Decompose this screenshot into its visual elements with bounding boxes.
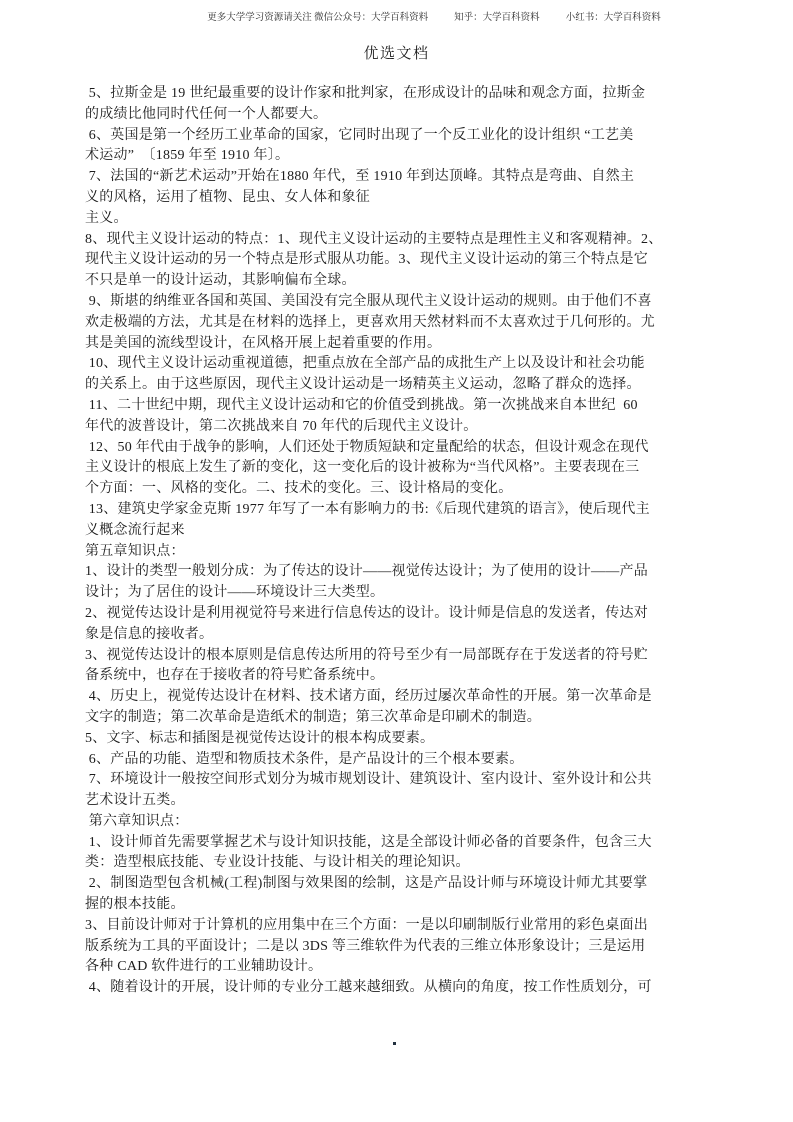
document-title: 优选文档 (0, 42, 793, 63)
text-line: 的成绩比他同时代任何一个人都要大。 (85, 105, 713, 126)
text-line: 7、环境设计一般按空间形式划分为城市规划设计、建筑设计、室内设计、室外设计和公共 (85, 770, 713, 791)
text-line: 6、英国是第一个经历工业革命的国家，它同时出现了一个反工业化的设计组织 “工艺美 (85, 126, 713, 147)
text-line: 第五章知识点： (85, 542, 713, 563)
text-line: 7、法国的“新艺术运动”开始在1880 年代，至 1910 年到达顶峰。其特点是… (85, 167, 713, 188)
text-line: 10、现代主义设计运动重视道德，把重点放在全部产品的成批生产上以及设计和社会功能 (85, 354, 713, 375)
text-line: 个方面：一、风格的变化。二、技术的变化。三、设计格局的变化。 (85, 479, 713, 500)
text-line: 1、设计师首先需要掌握艺术与设计知识技能，这是全部设计师必备的首要条件，包含三大 (85, 833, 713, 854)
page-header: 更多大学学习资源请关注 微信公众号：大学百科资料 知乎：大学百科资料 小红书：大… (0, 9, 793, 23)
header-promo-text: 更多大学学习资源请关注 微信公众号：大学百科资料 (207, 9, 428, 23)
footer-mark (393, 1042, 396, 1045)
text-line: 8、现代主义设计运动的特点：1、现代主义设计运动的主要特点是理性主义和客观精神。… (85, 230, 713, 251)
text-line: 艺术设计五类。 (85, 791, 713, 812)
text-line: 其是美国的流线型设计，在风格开展上起着重要的作用。 (85, 334, 713, 355)
text-line: 3、视觉传达设计的根本原则是信息传达所用的符号至少有一局部既存在于发送者的符号贮 (85, 646, 713, 667)
text-line: 5、拉斯金是 19 世纪最重要的设计作家和批判家，在形成设计的品味和观念方面，拉… (85, 84, 713, 105)
text-line: 11、二十世纪中期，现代主义设计运动和它的价值受到挑战。第一次挑战来自本世纪 6… (85, 396, 713, 417)
text-line: 现代主义设计运动的另一个特点是形式服从功能。3、现代主义设计运动的第三个特点是它 (85, 250, 713, 271)
text-line: 文字的制造；第二次革命是造纸术的制造；第三次革命是印刷术的制造。 (85, 708, 713, 729)
text-line: 2、制图造型包含机械(工程)制图与效果图的绘制，这是产品设计师与环境设计师尤其要… (85, 874, 713, 895)
text-line: 第六章知识点： (85, 812, 713, 833)
text-line: 4、历史上，视觉传达设计在材料、技术诸方面，经历过屡次革命性的开展。第一次革命是 (85, 687, 713, 708)
text-line: 3、目前设计师对于计算机的应用集中在三个方面：一是以印刷制版行业常用的彩色桌面出 (85, 916, 713, 937)
text-line: 主义。 (85, 209, 713, 230)
text-line: 术运动” 〔1859 年至 1910 年〕。 (85, 146, 713, 167)
text-line: 各种 CAD 软件进行的工业辅助设计。 (85, 957, 713, 978)
text-line: 欢走极端的方法，尤其是在材料的选择上，更喜欢用天然材料而不太喜欢过于几何形的。尤 (85, 313, 713, 334)
text-line: 象是信息的接收者。 (85, 625, 713, 646)
text-line: 握的根本技能。 (85, 895, 713, 916)
text-line: 年代的波普设计，第二次挑战来自 70 年代的后现代主义设计。 (85, 417, 713, 438)
text-line: 5、文字、标志和插图是视觉传达设计的根本构成要素。 (85, 729, 713, 750)
text-line: 备系统中，也存在于接收者的符号贮备系统中。 (85, 666, 713, 687)
text-line: 版系统为工具的平面设计；二是以 3DS 等三维软件为代表的三维立体形象设计；三是… (85, 937, 713, 958)
text-line: 不只是单一的设计运动，其影响偏布全球。 (85, 271, 713, 292)
text-line: 类：造型根底技能、专业设计技能、与设计相关的理论知识。 (85, 853, 713, 874)
document-body: 5、拉斯金是 19 世纪最重要的设计作家和批判家，在形成设计的品味和观念方面，拉… (85, 84, 713, 999)
text-line: 义概念流行起来 (85, 521, 713, 542)
text-line: 4、随着设计的开展，设计师的专业分工越来越细致。从横向的角度，按工作性质划分，可 (85, 978, 713, 999)
text-line: 的关系上。由于这些原因，现代主义设计运动是一场精英主义运动，忽略了群众的选择。 (85, 375, 713, 396)
text-line: 9、斯堪的纳维亚各国和英国、美国没有完全服从现代主义设计运动的规则。由于他们不喜 (85, 292, 713, 313)
document-page: 更多大学学习资源请关注 微信公众号：大学百科资料 知乎：大学百科资料 小红书：大… (0, 0, 793, 1122)
header-zhihu-text: 知乎：大学百科资料 (454, 9, 540, 23)
text-line: 设计；为了居住的设计——环境设计三大类型。 (85, 583, 713, 604)
text-line: 义的风格，运用了植物、昆虫、女人体和象征 (85, 188, 713, 209)
header-xiaohongshu-text: 小红书：大学百科资料 (566, 9, 661, 23)
text-line: 2、视觉传达设计是利用视觉符号来进行信息传达的设计。设计师是信息的发送者，传达对 (85, 604, 713, 625)
text-line: 6、产品的功能、造型和物质技术条件，是产品设计的三个根本要素。 (85, 750, 713, 771)
text-line: 13、建筑史学家金克斯 1977 年写了一本有影响力的书:《后现代建筑的语言》，… (85, 500, 713, 521)
text-line: 1、设计的类型一般划分成：为了传达的设计——视觉传达设计；为了使用的设计——产品 (85, 562, 713, 583)
text-line: 主义设计的根底上发生了新的变化，这一变化后的设计被称为“当代风格”。主要表现在三 (85, 458, 713, 479)
text-line: 12、50 年代由于战争的影响，人们还处于物质短缺和定量配给的状态，但设计观念在… (85, 438, 713, 459)
